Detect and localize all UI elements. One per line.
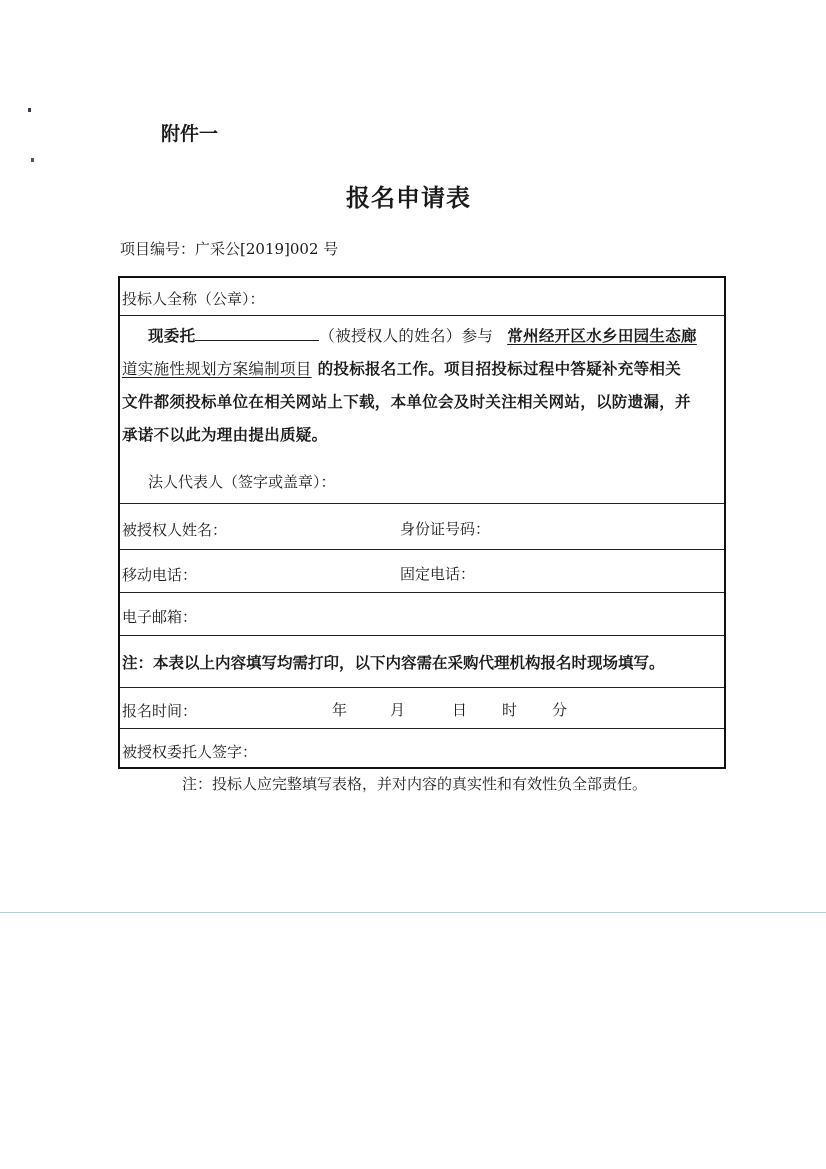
registration-time-label: 报名时间： xyxy=(122,700,197,721)
project-number: 项目编号：广采公[2019]002 号 xyxy=(120,238,338,259)
row-authorized-signature[interactable]: 被授权委托人签字： xyxy=(120,729,724,769)
row-authorization: 现委托（被授权人的姓名）参与常州经开区水乡田园生态廊 道实施性规划方案编制项目的… xyxy=(120,316,724,504)
hour-unit: 时 xyxy=(502,699,517,720)
minute-unit: 分 xyxy=(552,699,567,720)
authorized-signature-label: 被授权委托人签字： xyxy=(122,741,257,762)
row-onsite-note: 注：本表以上内容填写均需打印，以下内容需在采购代理机构报名时现场填写。 xyxy=(120,636,724,688)
registration-form-table: 投标人全称（公章）： 现委托（被授权人的姓名）参与常州经开区水乡田园生态廊 道实… xyxy=(118,276,726,769)
year-unit: 年 xyxy=(332,699,347,720)
authorization-line-4: 承诺不以此为理由提出质疑。 xyxy=(122,423,327,445)
bidder-full-name-label: 投标人全称（公章）： xyxy=(122,288,265,309)
page-divider-line xyxy=(0,912,826,913)
row-email[interactable]: 电子邮箱： xyxy=(120,593,724,636)
landline-phone-label: 固定电话： xyxy=(400,563,475,584)
attachment-label: 附件一 xyxy=(161,119,218,146)
authorization-prefix: 现委托 xyxy=(148,326,195,345)
row-bidder-name[interactable]: 投标人全称（公章）： xyxy=(120,278,724,316)
onsite-fill-note: 注：本表以上内容填写均需打印，以下内容需在采购代理机构报名时现场填写。 xyxy=(122,651,665,673)
month-unit: 月 xyxy=(390,699,405,720)
mobile-phone-label: 移动电话： xyxy=(122,564,197,585)
scan-artifact-mark xyxy=(31,158,34,162)
authorization-line-3: 文件都须投标单位在相关网站上下载，本单位会及时关注相关网站，以防遗漏，并 xyxy=(122,390,691,412)
legal-representative-label: 法人代表人（签字或盖章）： xyxy=(148,471,336,492)
scan-artifact-mark xyxy=(28,108,31,112)
row-authorized-person[interactable]: 被授权人姓名： 身份证号码： xyxy=(120,504,724,550)
authorization-middle: （被授权人的姓名）参与 xyxy=(319,327,493,345)
authorization-line-2-text: 的投标报名工作。项目招投标过程中答疑补充等相关 xyxy=(318,359,681,378)
page-title: 报名申请表 xyxy=(346,178,471,213)
project-name-part-1: 常州经开区水乡田园生态廊 xyxy=(493,326,697,345)
authorization-line-2: 道实施性规划方案编制项目的投标报名工作。项目招投标过程中答疑补充等相关 xyxy=(122,357,681,379)
project-number-label: 项目编号： xyxy=(120,240,195,258)
authorized-person-name-label: 被授权人姓名： xyxy=(122,519,227,540)
day-unit: 日 xyxy=(452,699,467,720)
footnote: 注：投标人应完整填写表格，并对内容的真实性和有效性负全部责任。 xyxy=(182,773,647,794)
project-number-value: 广采公[2019]002 号 xyxy=(195,240,338,258)
id-number-label: 身份证号码： xyxy=(400,518,490,539)
row-phones[interactable]: 移动电话： 固定电话： xyxy=(120,550,724,593)
email-label: 电子邮箱： xyxy=(122,606,197,627)
authorized-person-blank[interactable] xyxy=(195,326,319,341)
authorization-line-1: 现委托（被授权人的姓名）参与常州经开区水乡田园生态廊 xyxy=(148,324,697,346)
project-name-part-2: 道实施性规划方案编制项目 xyxy=(122,360,318,378)
row-registration-time[interactable]: 报名时间： 年 月 日 时 分 xyxy=(120,688,724,729)
